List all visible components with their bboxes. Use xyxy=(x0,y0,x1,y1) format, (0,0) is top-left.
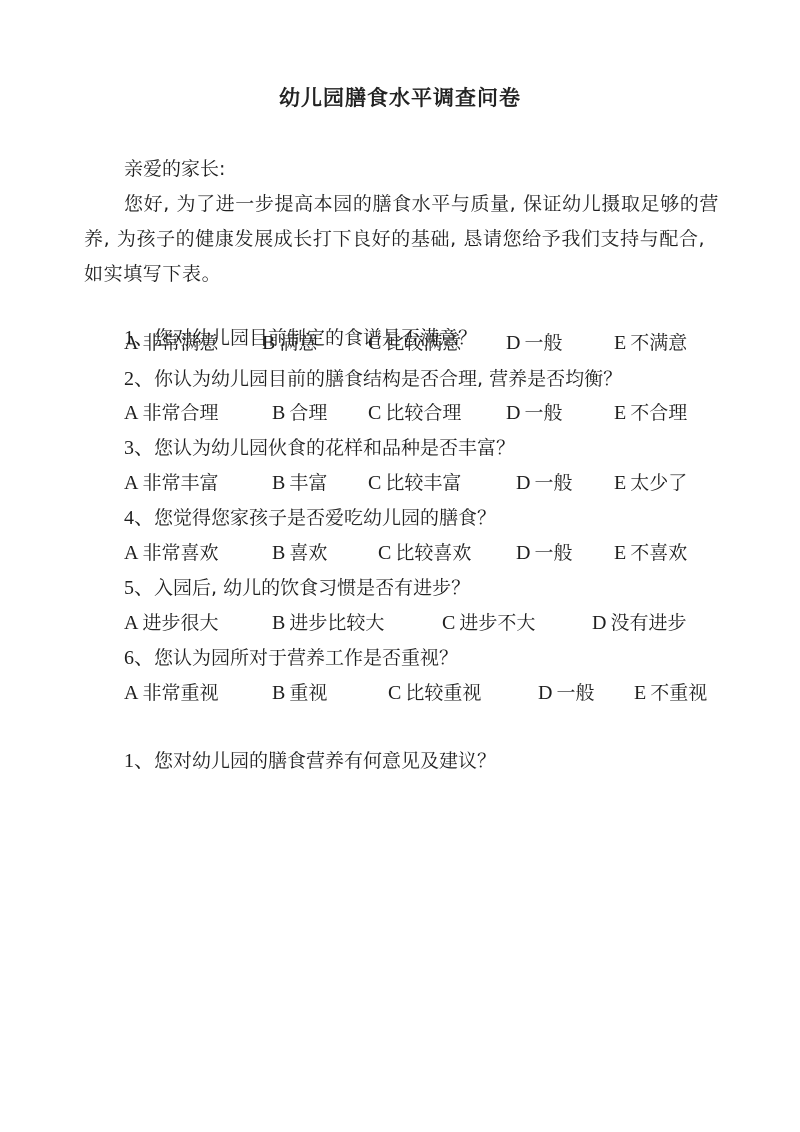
question-text: 您认为幼儿园伙食的花样和品种是否丰富？ xyxy=(154,437,515,459)
question-text: 您觉得您家孩子是否爱吃幼儿园的膳食？ xyxy=(154,507,496,529)
q2-option-a[interactable]: A非常合理 xyxy=(124,400,218,426)
q4-option-a[interactable]: A非常喜欢 xyxy=(124,540,218,566)
q3-option-b[interactable]: B丰富 xyxy=(272,470,327,496)
document-title: 幼儿园膳食水平调查问卷 xyxy=(0,82,800,112)
question-text: 入园后, 幼儿的饮食习惯是否有进步？ xyxy=(154,577,470,599)
q1-option-c[interactable]: C比较满意 xyxy=(368,330,461,356)
question-number: 3、 xyxy=(124,437,154,459)
q5-option-c[interactable]: C进步不大 xyxy=(442,610,535,636)
q4-option-c[interactable]: C比较喜欢 xyxy=(378,540,471,566)
q4-option-e[interactable]: E不喜欢 xyxy=(614,540,687,566)
question-number: 2、 xyxy=(124,368,154,390)
question-4: 4、您觉得您家孩子是否爱吃幼儿园的膳食？ xyxy=(124,505,496,531)
question-3: 3、您认为幼儿园伙食的花样和品种是否丰富？ xyxy=(124,435,515,461)
q6-option-d[interactable]: D一般 xyxy=(538,680,594,706)
q3-option-c[interactable]: C比较丰富 xyxy=(368,470,461,496)
q2-option-e[interactable]: E不合理 xyxy=(614,400,687,426)
intro-paragraph: 您好, 为了进一步提高本园的膳食水平与质量, 保证幼儿摄取足够的营养, 为孩子的… xyxy=(84,187,724,292)
q1-option-a[interactable]: A非常满意 xyxy=(124,330,218,356)
q5-option-d[interactable]: D没有进步 xyxy=(592,610,686,636)
q3-option-d[interactable]: D一般 xyxy=(516,470,572,496)
question-number: 4、 xyxy=(124,507,154,529)
document-page: 幼儿园膳食水平调查问卷 亲爱的家长: 您好, 为了进一步提高本园的膳食水平与质量… xyxy=(0,0,800,1132)
question-2: 2、你认为幼儿园目前的膳食结构是否合理, 营养是否均衡？ xyxy=(124,366,622,392)
q6-option-a[interactable]: A非常重视 xyxy=(124,680,218,706)
question-6: 6、您认为园所对于营养工作是否重视？ xyxy=(124,645,458,671)
question-number: 1、 xyxy=(124,750,154,772)
q4-option-b[interactable]: B喜欢 xyxy=(272,540,327,566)
question-text: 您认为园所对于营养工作是否重视？ xyxy=(154,647,458,669)
question-number: 6、 xyxy=(124,647,154,669)
q4-option-d[interactable]: D一般 xyxy=(516,540,572,566)
q6-option-c[interactable]: C比较重视 xyxy=(388,680,481,706)
question-5: 5、入园后, 幼儿的饮食习惯是否有进步？ xyxy=(124,575,470,601)
question-text: 你认为幼儿园目前的膳食结构是否合理, 营养是否均衡？ xyxy=(154,368,622,390)
q1-option-d[interactable]: D一般 xyxy=(506,330,562,356)
q2-option-b[interactable]: B合理 xyxy=(272,400,327,426)
question-number: 5、 xyxy=(124,577,154,599)
salutation: 亲爱的家长: xyxy=(124,156,225,182)
q6-option-e[interactable]: E不重视 xyxy=(634,680,707,706)
q5-option-b[interactable]: B进步比较大 xyxy=(272,610,384,636)
open-question: 1、您对幼儿园的膳食营养有何意见及建议？ xyxy=(124,748,496,774)
q2-option-d[interactable]: D一般 xyxy=(506,400,562,426)
q2-option-c[interactable]: C比较合理 xyxy=(368,400,461,426)
q6-option-b[interactable]: B重视 xyxy=(272,680,327,706)
q1-option-e[interactable]: E不满意 xyxy=(614,330,687,356)
question-text: 您对幼儿园的膳食营养有何意见及建议？ xyxy=(154,750,496,772)
q5-option-a[interactable]: A进步很大 xyxy=(124,610,218,636)
q3-option-a[interactable]: A非常丰富 xyxy=(124,470,218,496)
q1-option-b[interactable]: B满意 xyxy=(262,330,317,356)
q3-option-e[interactable]: E太少了 xyxy=(614,470,687,496)
